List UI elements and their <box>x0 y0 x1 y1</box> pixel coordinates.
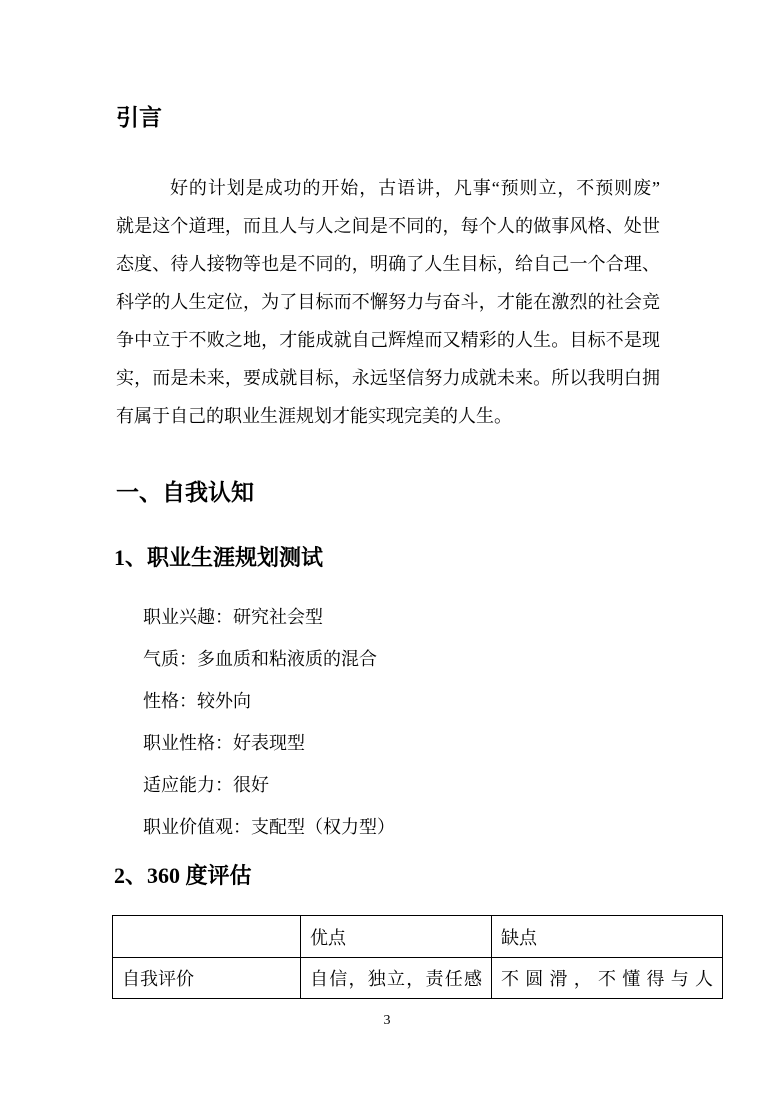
table-cell-weaknesses: 不圆滑，不懂得与人 <box>492 958 723 999</box>
intro-heading: 引言 <box>116 105 162 131</box>
page-number: 3 <box>0 1013 774 1029</box>
table-row: 自我评价 自信，独立，责任感 不圆滑，不懂得与人 <box>113 958 723 999</box>
list-item: 职业性格：好表现型 <box>143 722 663 764</box>
table-header-row: 优点 缺点 <box>113 916 723 958</box>
paragraph-line: 科学的人生定位，为了目标而不懈努力与奋斗，才能在激烈的社会竞 <box>116 283 660 321</box>
paragraph-line: 实，而是未来，要成就目标，永远坚信努力成就未来。所以我明白拥 <box>116 359 660 397</box>
table-header-cell-strengths: 优点 <box>301 916 492 958</box>
table-header-cell-empty <box>113 916 301 958</box>
list-item: 职业兴趣：研究社会型 <box>143 596 663 638</box>
document-page: 引言 好的计划是成功的开始，古语讲，凡事“预则立，不预则废” 就是这个道理，而且… <box>0 0 774 1095</box>
paragraph-line: 态度、待人接物等也是不同的，明确了人生目标，给自己一个合理、 <box>116 245 660 283</box>
paragraph-line: 争中立于不败之地，才能成就自己辉煌而又精彩的人生。目标不是现 <box>116 321 660 359</box>
list-item: 气质：多血质和粘液质的混合 <box>143 638 663 680</box>
list-item: 性格：较外向 <box>143 680 663 722</box>
paragraph-line: 就是这个道理，而且人与人之间是不同的，每个人的做事风格、处世 <box>116 207 660 245</box>
subsection-heading-360-evaluation: 2、360 度评估 <box>114 864 252 888</box>
career-test-result-list: 职业兴趣：研究社会型 气质：多血质和粘液质的混合 性格：较外向 职业性格：好表现… <box>143 596 663 848</box>
intro-paragraph: 好的计划是成功的开始，古语讲，凡事“预则立，不预则废” 就是这个道理，而且人与人… <box>116 169 660 435</box>
table-cell-rater: 自我评价 <box>113 958 301 999</box>
evaluation-table: 优点 缺点 自我评价 自信，独立，责任感 不圆滑，不懂得与人 <box>112 915 723 999</box>
paragraph-line: 有属于自己的职业生涯规划才能实现完美的人生。 <box>116 397 660 435</box>
list-item: 职业价值观：支配型（权力型） <box>143 806 663 848</box>
subsection-heading-career-test: 1、职业生涯规划测试 <box>114 546 323 570</box>
table-header-cell-weaknesses: 缺点 <box>492 916 723 958</box>
paragraph-line: 好的计划是成功的开始，古语讲，凡事“预则立，不预则废” <box>116 169 660 207</box>
table-cell-strengths: 自信，独立，责任感 <box>301 958 492 999</box>
section-heading-self-awareness: 一、自我认知 <box>116 480 254 505</box>
list-item: 适应能力：很好 <box>143 764 663 806</box>
